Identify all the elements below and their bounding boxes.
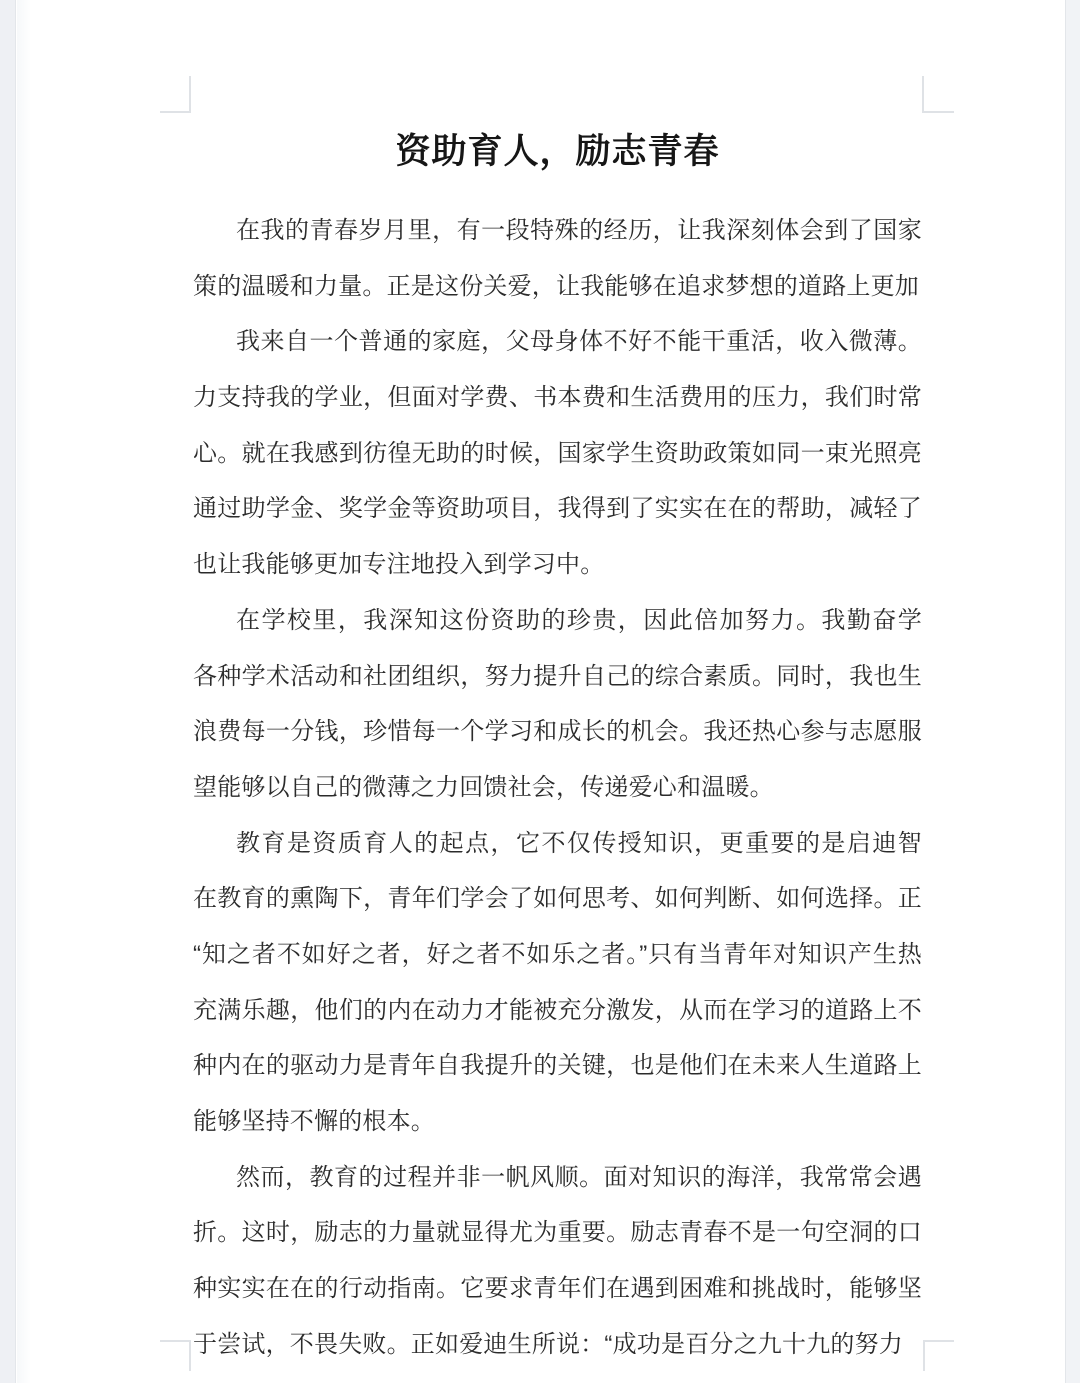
text-line: 各种学术活动和社团组织，努力提升自己的综合素质。同时，我也生活俭朴，不 (193, 649, 922, 705)
margin-mark-bottom-left (160, 1340, 191, 1371)
document-title: 资助育人，励志青春 (193, 128, 922, 176)
right-gutter (1065, 0, 1080, 1383)
text-line: 在学校里，我深知这份资助的珍贵，因此倍加努力。我勤奋学习，积极参加 (193, 593, 922, 649)
document-body: 在我的青春岁月里，有一段特殊的经历，让我深刻体会到了国家学生资助政策的温暖和力量… (193, 203, 922, 1372)
margin-mark-top-right (922, 76, 954, 113)
text-line: 于尝试，不畏失败。正如爱迪生所说：“成功是百分之九十九的努力加上百分之一 (193, 1317, 922, 1373)
margin-mark-bottom-right (923, 1340, 954, 1371)
margin-mark-top-left (160, 76, 191, 113)
left-gutter (0, 0, 16, 1383)
text-line: 浪费每一分钱，珍惜每一个学习和成长的机会。我还热心参与志愿服务活动，希 (193, 704, 922, 760)
text-line: 望能够以自己的微薄之力回馈社会，传递爱心和温暖。 (193, 760, 922, 816)
text-line: 种内在的驱动力是青年自我提升的关键，也是他们在未来人生道路上遇到挑战时 (193, 1038, 922, 1094)
text-line: 能够坚持不懈的根本。 (193, 1094, 922, 1150)
text-line: 在我的青春岁月里，有一段特殊的经历，让我深刻体会到了国家学生资助政 (193, 203, 922, 259)
text-line: 充满乐趣，他们的内在动力才能被充分激发，从而在学习的道路上不断前行。这 (193, 983, 922, 1039)
text-line: 也让我能够更加专注地投入到学习中。 (193, 537, 922, 593)
text-line: 通过助学金、奖学金等资助项目，我得到了实实在在的帮助，减轻了家庭的负担， (193, 481, 922, 537)
text-line: “知之者不如好之者，好之者不如乐之者。”只有当青年对知识产生热爱，对学习 (193, 927, 922, 983)
text-line: 教育是资质育人的起点，它不仅传授知识，更重要的是启迪智慧，培养品德。 (193, 816, 922, 872)
text-line: 在教育的熏陶下，青年们学会了如何思考、如何判断、如何选择。正如孔子所言： (193, 871, 922, 927)
document-viewer: 资助育人，励志青春 在我的青春岁月里，有一段特殊的经历，让我深刻体会到了国家学生… (0, 0, 1080, 1383)
text-line: 心。就在我感到彷徨无助的时候，国家学生资助政策如同一束光照亮了我的道路。 (193, 426, 922, 482)
document-page[interactable]: 资助育人，励志青春 在我的青春岁月里，有一段特殊的经历，让我深刻体会到了国家学生… (17, 0, 1064, 1383)
text-line: 力支持我的学业，但面对学费、书本费和生活费用的压力，我们时常感到力不从 (193, 370, 922, 426)
text-line: 折。这时，励志的力量就显得尤为重要。励志青春不是一句空洞的口号，而是一 (193, 1205, 922, 1261)
text-line: 我来自一个普通的家庭，父母身体不好不能干重活，收入微薄。尽管他们尽 (193, 314, 922, 370)
text-line: 种实实在在的行动指南。它要求青年们在遇到困难和挑战时，能够坚守信念，勇 (193, 1261, 922, 1317)
text-line: 然而，教育的过程并非一帆风顺。面对知识的海洋，我常常会遇到困惑和挫 (193, 1150, 922, 1206)
text-line: 策的温暖和力量。正是这份关爱，让我能够在追求梦想的道路上更加坚定地前行。 (193, 259, 922, 315)
